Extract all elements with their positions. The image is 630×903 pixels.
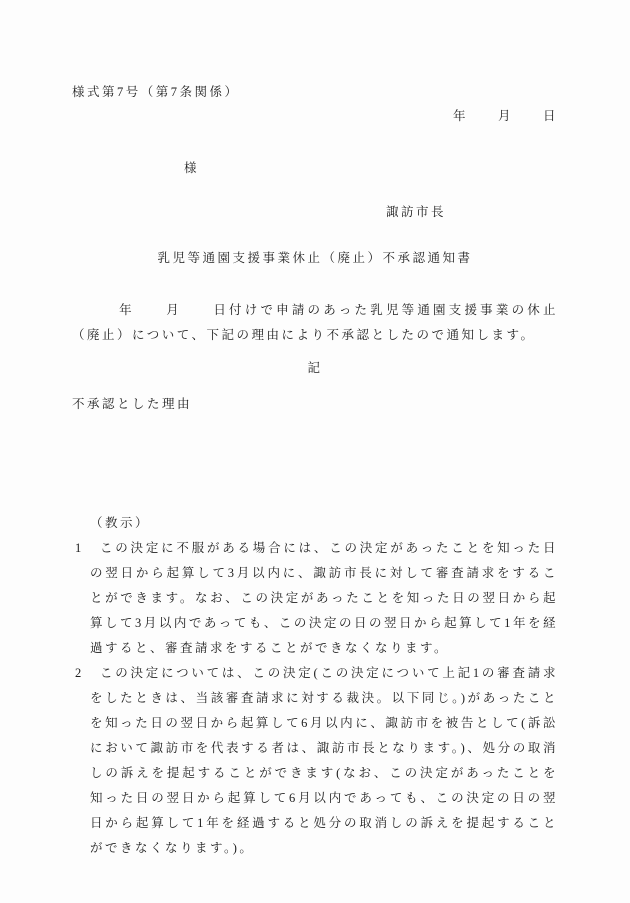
instruction-item-2-number: 2 xyxy=(75,661,81,686)
form-number-label: 様式第7号（第7条関係） xyxy=(72,84,558,100)
instruction-item-2-text: この決定については、この決定(この決定について上記1の審査請求をしたときは、当該… xyxy=(90,666,558,855)
addressee-honorific: 様 xyxy=(72,158,558,178)
reason-blank-area xyxy=(72,414,558,511)
instruction-item-1: 1 この決定に不服がある場合には、この決定があったことを知った日の翌日から起算し… xyxy=(72,536,558,661)
document-title: 乳児等通園支援事業休止（廃止）不承認通知書 xyxy=(72,248,558,268)
record-marker: 記 xyxy=(72,358,558,378)
instructions-section: （教示） 1 この決定に不服がある場合には、この決定があったことを知った日の翌日… xyxy=(72,511,558,861)
instruction-item-1-text: この決定に不服がある場合には、この決定があったことを知った日の翌日から起算して3… xyxy=(90,541,558,655)
instruction-item-1-number: 1 xyxy=(75,536,81,561)
sender-title: 諏訪市長 xyxy=(72,202,558,222)
body-paragraph: 年 月 日付けで申請のあった乳児等通園支援事業の休止（廃止）について、下記の理由… xyxy=(72,298,558,348)
document-page: 様式第7号（第7条関係） 年 月 日 様 諏訪市長 乳児等通園支援事業休止（廃止… xyxy=(0,0,630,903)
disapproval-reason-label: 不承認とした理由 xyxy=(72,394,558,414)
instructions-header: （教示） xyxy=(72,511,558,536)
date-line: 年 月 日 xyxy=(72,106,558,126)
instruction-item-2: 2 この決定については、この決定(この決定について上記1の審査請求をしたときは、… xyxy=(72,661,558,861)
